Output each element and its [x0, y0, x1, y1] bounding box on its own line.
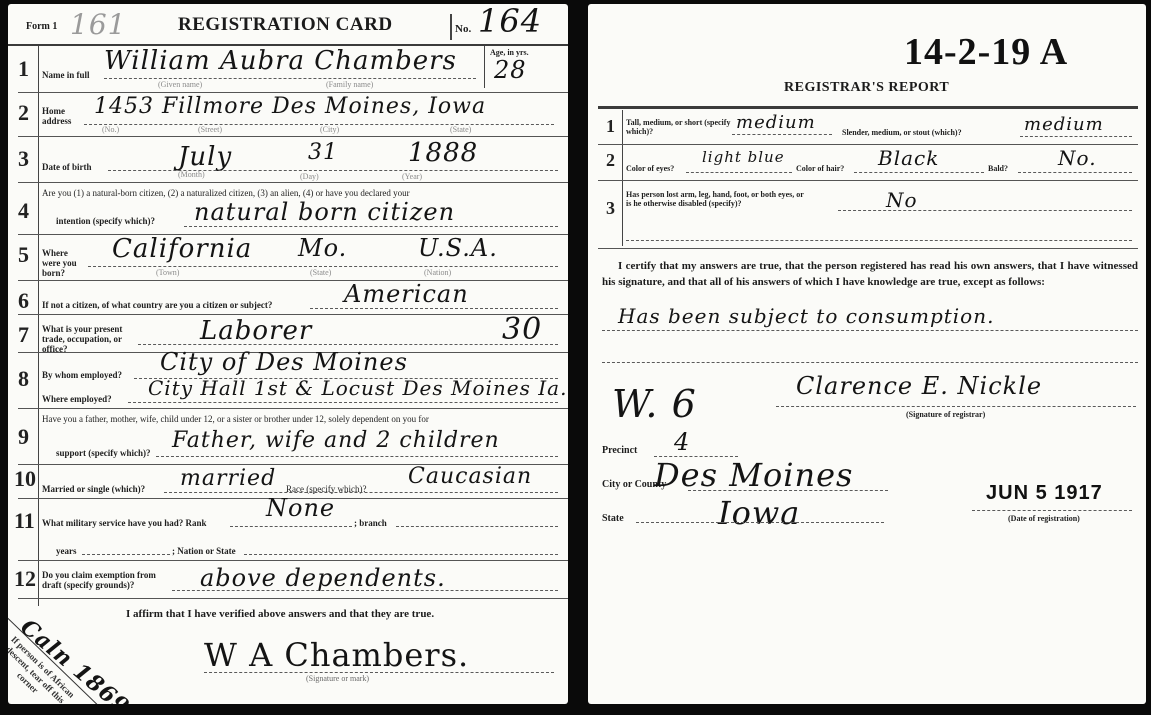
- row-number-2: 2: [18, 100, 29, 126]
- exception-value: Has been subject to consumption.: [618, 304, 994, 328]
- no-sublabel: (No.): [102, 125, 119, 134]
- intention-label: intention (specify which)?: [56, 216, 155, 226]
- military-rank-value: None: [266, 494, 335, 522]
- registration-date-label: (Date of registration): [1008, 514, 1080, 524]
- employer-value: City of Des Moines: [160, 348, 408, 376]
- report-row-number-3: 3: [606, 198, 615, 219]
- registrant-signature: W A Chambers.: [204, 636, 469, 674]
- occupation-value: Laborer: [200, 316, 312, 346]
- citizenship-value: natural born citizen: [194, 198, 455, 226]
- support-label: support (specify which)?: [56, 448, 151, 458]
- row-number-10: 10: [14, 466, 36, 492]
- occupation-label: What is your present trade, occupation, …: [42, 324, 138, 354]
- card-number: 164: [478, 4, 542, 40]
- exemption-value: above dependents.: [200, 564, 446, 592]
- employment-location-value: City Hall 1st & Locust Des Moines Ia.: [148, 376, 567, 400]
- state-sublabel-5: (State): [310, 268, 331, 277]
- given-name-sublabel: (Given name): [158, 80, 202, 89]
- dob-day: 31: [308, 140, 338, 165]
- ward-value: W. 6: [612, 382, 697, 426]
- form-label: Form 1: [26, 22, 57, 32]
- card-title: REGISTRATION CARD: [178, 14, 393, 36]
- row-number-3: 3: [18, 146, 29, 172]
- eye-color-value: light blue: [702, 148, 785, 166]
- registration-date-stamp: JUN 5 1917: [986, 482, 1103, 505]
- home-address-value: 1453 Fillmore Des Moines, Iowa: [94, 94, 486, 119]
- city-sublabel: (City): [320, 125, 339, 134]
- row-number-1: 1: [18, 56, 29, 82]
- nation-or-state-label: ; Nation or State: [172, 546, 236, 556]
- town-sublabel: (Town): [156, 268, 179, 277]
- row-number-8: 8: [18, 366, 29, 392]
- hair-color-value: Black: [878, 146, 939, 170]
- precinct-label: Precinct: [602, 446, 637, 456]
- row-number-12: 12: [14, 566, 36, 592]
- report-title: REGISTRAR'S REPORT: [784, 80, 949, 96]
- citizen-of-label: If not a citizen, of what country are yo…: [42, 300, 272, 310]
- employment-location-label: Where employed?: [42, 394, 112, 404]
- registration-card-front: Form 1 161 REGISTRATION CARD No. 164 1 N…: [8, 4, 568, 704]
- marital-status-value: married: [180, 466, 276, 491]
- employer-label: By whom employed?: [42, 370, 122, 380]
- birthplace-state: Mo.: [298, 234, 347, 262]
- dependents-question: Have you a father, mother, wife, child u…: [42, 414, 429, 424]
- serial-handwritten: 161: [70, 8, 126, 41]
- bald-value: No.: [1058, 146, 1097, 170]
- month-sublabel: (Month): [178, 170, 205, 179]
- age-value: 28: [494, 56, 527, 84]
- affirmation-text: I affirm that I have verified above answ…: [126, 606, 434, 622]
- name-label: Name in full: [42, 70, 90, 80]
- race-value: Caucasian: [408, 464, 532, 489]
- registrar-signature-label: (Signature of registrar): [906, 410, 985, 420]
- report-row-number-2: 2: [606, 150, 615, 171]
- stamp-number: 14-2-19 A: [904, 30, 1068, 74]
- build-value: medium: [1024, 114, 1104, 135]
- home-address-label: Home address: [42, 106, 78, 126]
- registrar-signature: Clarence E. Nickle: [796, 372, 1042, 400]
- day-sublabel: (Day): [300, 172, 319, 181]
- family-name-sublabel: (Family name): [326, 80, 373, 89]
- birthplace-town: California: [112, 234, 252, 264]
- state-value: Iowa: [718, 494, 800, 532]
- signature-label: (Signature or mark): [306, 674, 369, 683]
- certification-text: I certify that my answers are true, that…: [602, 258, 1138, 290]
- birthplace-nation: U.S.A.: [418, 234, 498, 262]
- dob-label: Date of birth: [42, 162, 92, 172]
- row-number-7: 7: [18, 322, 29, 348]
- report-row-number-1: 1: [606, 116, 615, 137]
- exemption-label: Do you claim exemption from draft (speci…: [42, 570, 172, 590]
- occupation-annotation: 30: [502, 312, 542, 347]
- year-sublabel: (Year): [402, 172, 422, 181]
- bald-label: Bald?: [988, 164, 1008, 174]
- card-number-label: No.: [455, 24, 471, 34]
- dob-year: 1888: [408, 138, 478, 168]
- disability-value: No: [886, 188, 918, 212]
- branch-label: ; branch: [354, 518, 387, 528]
- dependents-value: Father, wife and 2 children: [172, 428, 500, 453]
- height-value: medium: [736, 112, 816, 133]
- build-label: Slender, medium, or stout (which)?: [842, 128, 962, 138]
- row-number-11: 11: [14, 508, 35, 534]
- height-label: Tall, medium, or short (specify which)?: [626, 118, 736, 136]
- name-value: William Aubra Chambers: [104, 46, 457, 76]
- dob-month: July: [178, 142, 232, 172]
- precinct-value: 4: [674, 428, 690, 456]
- citizenship-question: Are you (1) a natural-born citizen, (2) …: [42, 188, 410, 198]
- registrars-report-back: 14-2-19 A REGISTRAR'S REPORT 1 Tall, med…: [588, 4, 1146, 704]
- street-sublabel: (Street): [198, 125, 222, 134]
- row-number-6: 6: [18, 288, 29, 314]
- disability-label: Has person lost arm, leg, hand, foot, or…: [626, 190, 806, 208]
- hair-color-label: Color of hair?: [796, 164, 844, 174]
- birthplace-label: Where were you born?: [42, 248, 88, 278]
- state-label: State: [602, 514, 624, 524]
- citizen-of-value: American: [344, 280, 469, 308]
- row-number-9: 9: [18, 424, 29, 450]
- nation-sublabel: (Nation): [424, 268, 451, 277]
- state-sublabel: (State): [450, 125, 471, 134]
- city-county-value: Des Moines: [654, 456, 853, 494]
- row-number-5: 5: [18, 242, 29, 268]
- military-service-label: What military service have you had? Rank: [42, 518, 207, 528]
- row-number-4: 4: [18, 198, 29, 224]
- eye-color-label: Color of eyes?: [626, 164, 674, 174]
- marital-status-label: Married or single (which)?: [42, 484, 145, 494]
- years-label: years: [56, 546, 77, 556]
